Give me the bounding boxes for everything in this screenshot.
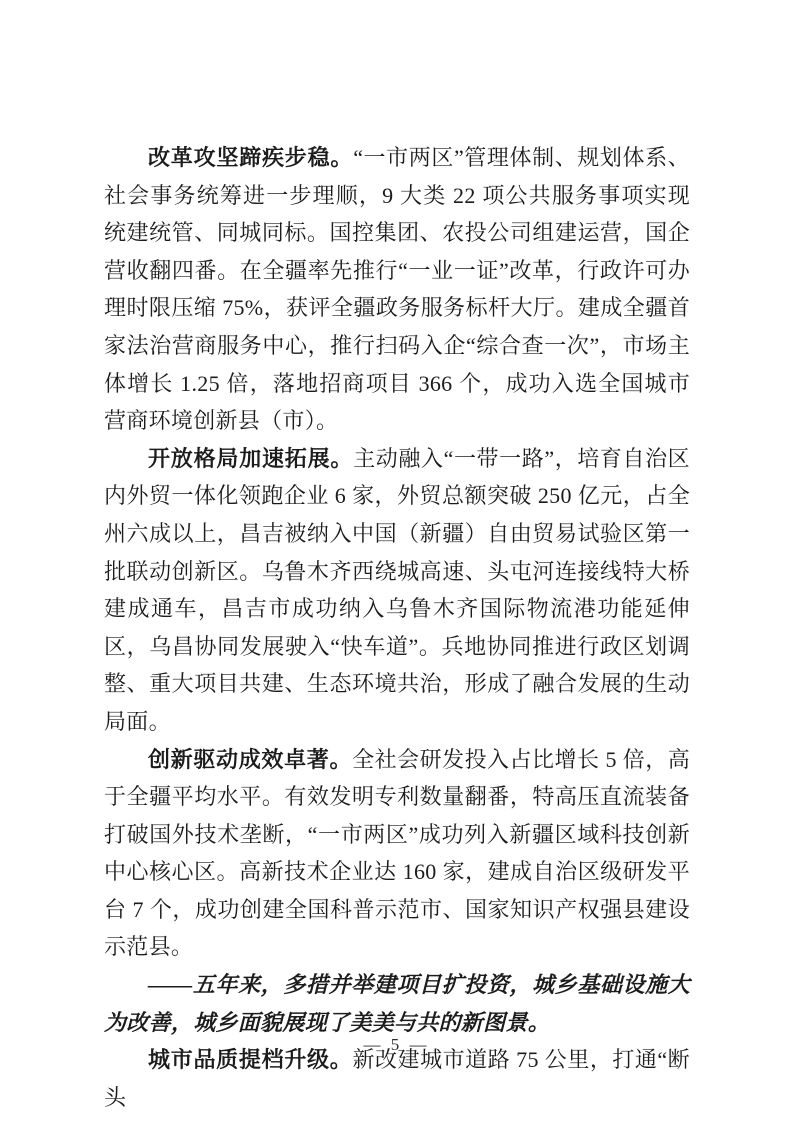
page-number: — 5 — xyxy=(364,1035,430,1054)
paragraph-reform-text: “一市两区”管理体制、规划体系、社会事务统筹进一步理顺，9 大类 22 项公共服… xyxy=(104,145,690,433)
paragraph-opening-up: 开放格局加速拓展。主动融入“一带一路”，培育自治区内外贸一体化领跑企业 6 家，… xyxy=(104,440,690,741)
document-page: 改革攻坚蹄疾步稳。“一市两区”管理体制、规划体系、社会事务统筹进一步理顺，9 大… xyxy=(0,0,793,1122)
paragraph-reform-lead: 改革攻坚蹄疾步稳。 xyxy=(148,145,353,170)
paragraph-innovation: 创新驱动成效卓著。全社会研发投入占比增长 5 倍，高于全疆平均水平。有效发明专利… xyxy=(104,741,690,967)
paragraph-innovation-lead: 创新驱动成效卓著。 xyxy=(148,747,352,772)
paragraph-five-years-summary-text: ——五年来，多措并举建项目扩投资，城乡基础设施大为改善，城乡面貌展现了美美与共的… xyxy=(104,972,690,1035)
page-footer: — 5 — xyxy=(0,1032,793,1058)
paragraph-innovation-text: 全社会研发投入占比增长 5 倍，高于全疆平均水平。有效发明专利数量翻番，特高压直… xyxy=(104,747,690,960)
paragraph-reform: 改革攻坚蹄疾步稳。“一市两区”管理体制、规划体系、社会事务统筹进一步理顺，9 大… xyxy=(104,139,690,440)
paragraph-five-years-summary: ——五年来，多措并举建项目扩投资，城乡基础设施大为改善，城乡面貌展现了美美与共的… xyxy=(104,966,690,1041)
paragraph-opening-up-text: 主动融入“一带一路”，培育自治区内外贸一体化领跑企业 6 家，外贸总额突破 25… xyxy=(104,446,690,734)
paragraph-opening-up-lead: 开放格局加速拓展。 xyxy=(148,446,353,471)
document-body: 改革攻坚蹄疾步稳。“一市两区”管理体制、规划体系、社会事务统筹进一步理顺，9 大… xyxy=(104,139,690,1116)
